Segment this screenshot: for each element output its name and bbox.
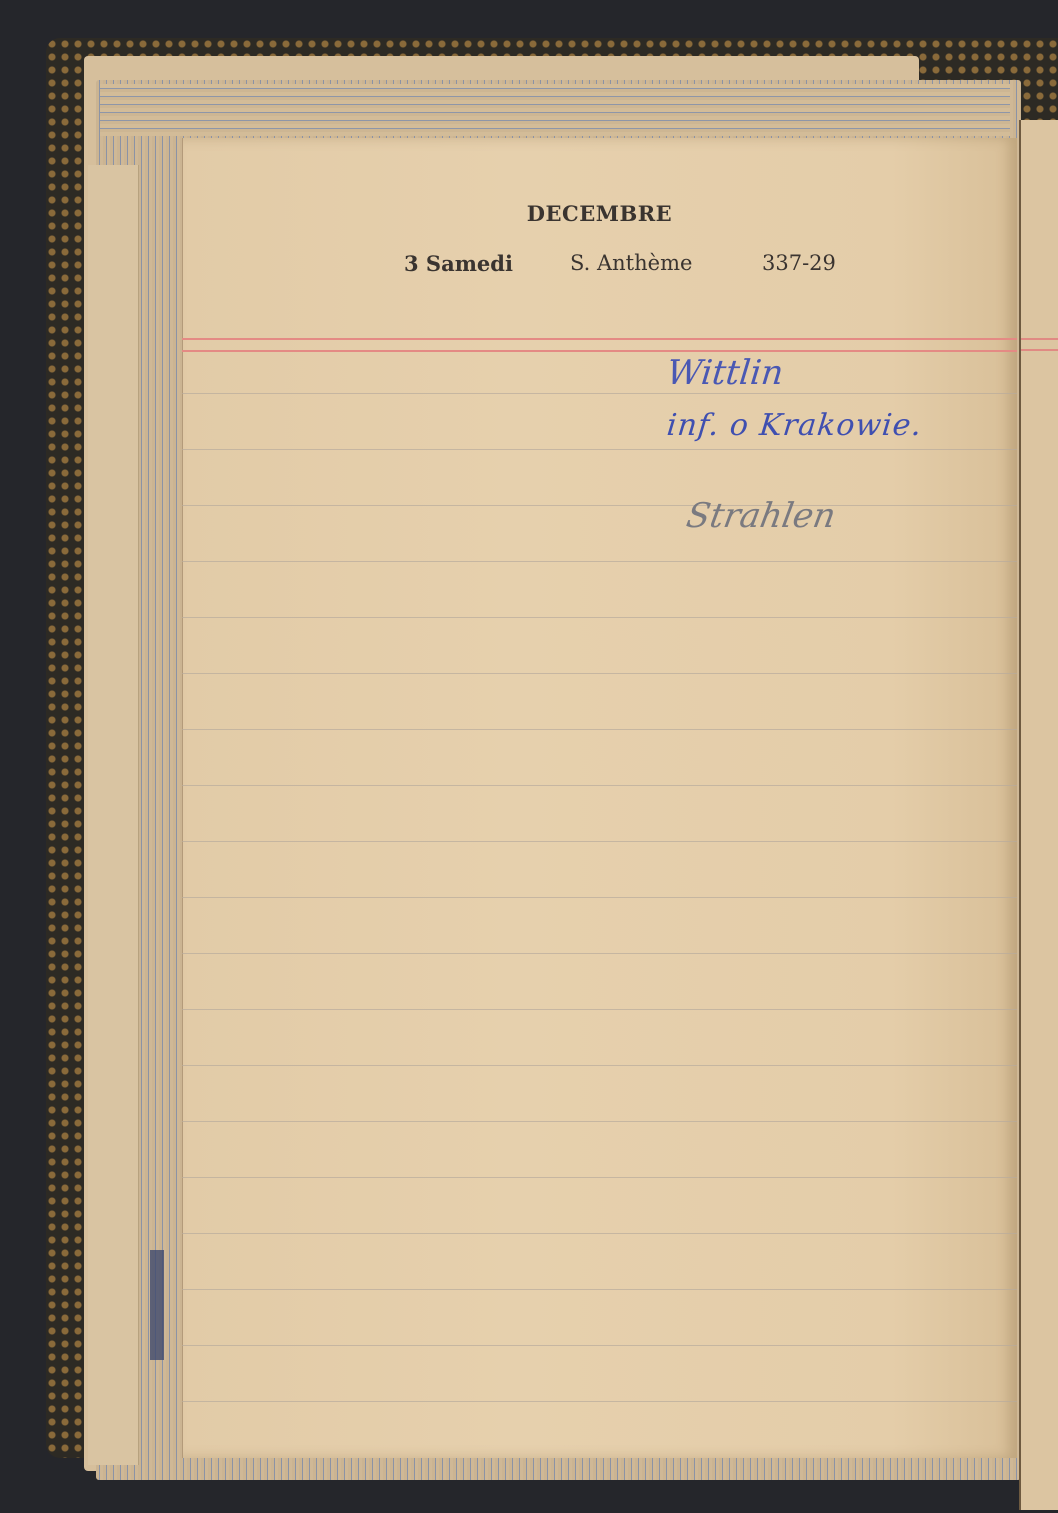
ruled-line (182, 1009, 1017, 1010)
ruled-line (182, 1345, 1017, 1346)
ruled-line (182, 1065, 1017, 1066)
ruled-line (182, 1289, 1017, 1290)
ruled-line (182, 897, 1017, 898)
facing-red-rule (1021, 349, 1058, 351)
diary-page: DECEMBRE 3 Samedi S. Anthème 337-29 Witt… (182, 138, 1017, 1458)
ruled-line (182, 729, 1017, 730)
red-rule (182, 338, 1017, 340)
ruled-line (182, 1177, 1017, 1178)
facing-red-rule (1021, 338, 1058, 340)
pencil-signature: Strahlen (683, 496, 838, 536)
day-of-year: 337-29 (762, 251, 836, 275)
handwritten-note-line1: Wittlin (665, 353, 785, 393)
page-stack-top-edge (100, 84, 1010, 136)
month-heading: DECEMBRE (182, 201, 1017, 226)
ruled-line (182, 393, 1017, 394)
day-label: 3 Samedi (404, 251, 513, 276)
ruled-line (182, 1121, 1017, 1122)
ruled-line (182, 953, 1017, 954)
saint-name: S. Anthème (570, 251, 692, 275)
ruled-line (182, 785, 1017, 786)
ruled-line (182, 449, 1017, 450)
ruled-line (182, 617, 1017, 618)
margin-line (182, 138, 183, 1458)
ruled-line (182, 673, 1017, 674)
loose-sheet (88, 165, 139, 1465)
ink-stain (150, 1250, 164, 1360)
ruled-line (182, 841, 1017, 842)
facing-page (1019, 120, 1058, 1510)
ruled-line (182, 561, 1017, 562)
handwritten-note-line2: inf. o Krakowie. (665, 408, 924, 443)
ruled-line (182, 1233, 1017, 1234)
ruled-line (182, 505, 1017, 506)
red-rule (182, 350, 1017, 352)
ruled-line (182, 1401, 1017, 1402)
